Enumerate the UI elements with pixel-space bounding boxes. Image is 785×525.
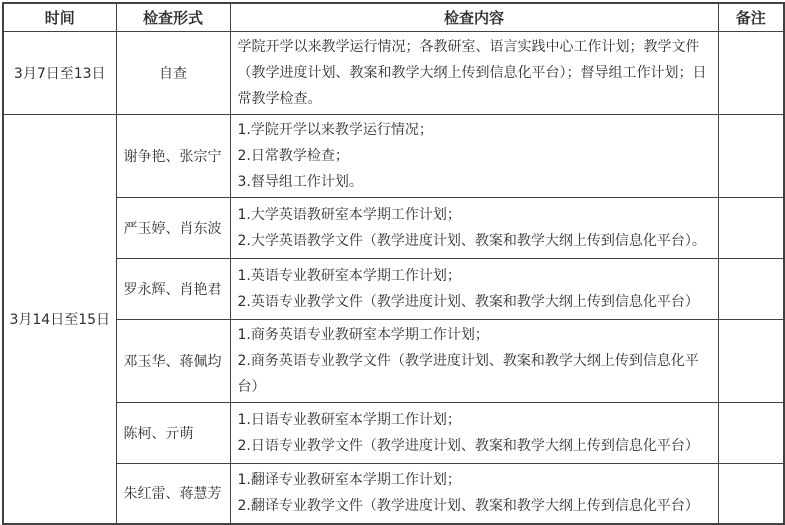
header-cell-form: 检查形式 (116, 3, 230, 31)
header-cell-remark: 备注 (718, 3, 784, 31)
content-line: 1.商务英语专业教研室本学期工作计划； (238, 322, 711, 348)
table-row: 3月14日至15日 谢争艳、张宗宁 1.学院开学以来教学运行情况； 2.日常教学… (3, 114, 784, 197)
content-line: 1.日语专业教研室本学期工作计划； (238, 407, 711, 433)
content-line: 2.大学英语教学文件（教学进度计划、教案和教学大纲上传到信息化平台）。 (238, 228, 711, 254)
content-line: 1.翻译专业教研室本学期工作计划； (238, 467, 711, 493)
header-cell-time: 时间 (3, 3, 116, 31)
content-line: 3.督导组工作计划。 (238, 169, 711, 195)
table-row: 罗永辉、肖艳君 1.英语专业教研室本学期工作计划； 2.英语专业教学文件（教学进… (3, 258, 784, 319)
content-cell: 1.学院开学以来教学运行情况； 2.日常教学检查； 3.督导组工作计划。 (230, 114, 718, 197)
content-line: 2.商务英语专业教学文件（教学进度计划、教案和教学大纲上传到信息化平台） (238, 348, 711, 400)
content-line: 1.英语专业教研室本学期工作计划； (238, 263, 711, 289)
remark-cell (718, 319, 784, 402)
table-row: 朱红雷、蒋慧芳 1.翻译专业教研室本学期工作计划； 2.翻译专业教学文件（教学进… (3, 463, 784, 524)
content-paragraph: 学院开学以来教学运行情况；各教研室、语言实践中心工作计划；教学文件（教学进度计划… (238, 34, 711, 112)
content-line: 1.学院开学以来教学运行情况； (238, 117, 711, 143)
form-cell: 谢争艳、张宗宁 (116, 114, 230, 197)
form-cell: 陈柯、亓萌 (116, 402, 230, 463)
content-line: 2.翻译专业教学文件（教学进度计划、教案和教学大纲上传到信息化平台） (238, 493, 711, 519)
table-row: 邓玉华、蒋佩均 1.商务英语专业教研室本学期工作计划； 2.商务英语专业教学文件… (3, 319, 784, 402)
table-row: 严玉婷、肖东波 1.大学英语教研室本学期工作计划； 2.大学英语教学文件（教学进… (3, 197, 784, 258)
table-row: 3月7日至13日 自查 学院开学以来教学运行情况；各教研室、语言实践中心工作计划… (3, 31, 784, 114)
form-cell: 罗永辉、肖艳君 (116, 258, 230, 319)
content-line: 1.大学英语教研室本学期工作计划； (238, 202, 711, 228)
table-row: 陈柯、亓萌 1.日语专业教研室本学期工作计划； 2.日语专业教学文件（教学进度计… (3, 402, 784, 463)
remark-cell (718, 197, 784, 258)
content-cell: 1.日语专业教研室本学期工作计划； 2.日语专业教学文件（教学进度计划、教案和教… (230, 402, 718, 463)
content-cell: 1.大学英语教研室本学期工作计划； 2.大学英语教学文件（教学进度计划、教案和教… (230, 197, 718, 258)
time-cell: 3月14日至15日 (3, 114, 116, 524)
content-line: 2.日常教学检查； (238, 143, 711, 169)
remark-cell (718, 463, 784, 524)
content-cell: 1.商务英语专业教研室本学期工作计划； 2.商务英语专业教学文件（教学进度计划、… (230, 319, 718, 402)
content-line: 2.英语专业教学文件（教学进度计划、教案和教学大纲上传到信息化平台） (238, 289, 711, 315)
form-cell: 邓玉华、蒋佩均 (116, 319, 230, 402)
content-cell: 学院开学以来教学运行情况；各教研室、语言实践中心工作计划；教学文件（教学进度计划… (230, 31, 718, 114)
form-cell: 自查 (116, 31, 230, 114)
inspection-schedule-table: 时间 检查形式 检查内容 备注 3月7日至13日 自查 学院开学以来教学运行情况… (2, 2, 785, 525)
remark-cell (718, 402, 784, 463)
remark-cell (718, 114, 784, 197)
form-cell: 严玉婷、肖东波 (116, 197, 230, 258)
remark-cell (718, 31, 784, 114)
content-line: 2.日语专业教学文件（教学进度计划、教案和教学大纲上传到信息化平台） (238, 433, 711, 459)
time-cell: 3月7日至13日 (3, 31, 116, 114)
content-cell: 1.英语专业教研室本学期工作计划； 2.英语专业教学文件（教学进度计划、教案和教… (230, 258, 718, 319)
remark-cell (718, 258, 784, 319)
header-row: 时间 检查形式 检查内容 备注 (3, 3, 784, 31)
form-cell: 朱红雷、蒋慧芳 (116, 463, 230, 524)
header-cell-content: 检查内容 (230, 3, 718, 31)
content-cell: 1.翻译专业教研室本学期工作计划； 2.翻译专业教学文件（教学进度计划、教案和教… (230, 463, 718, 524)
